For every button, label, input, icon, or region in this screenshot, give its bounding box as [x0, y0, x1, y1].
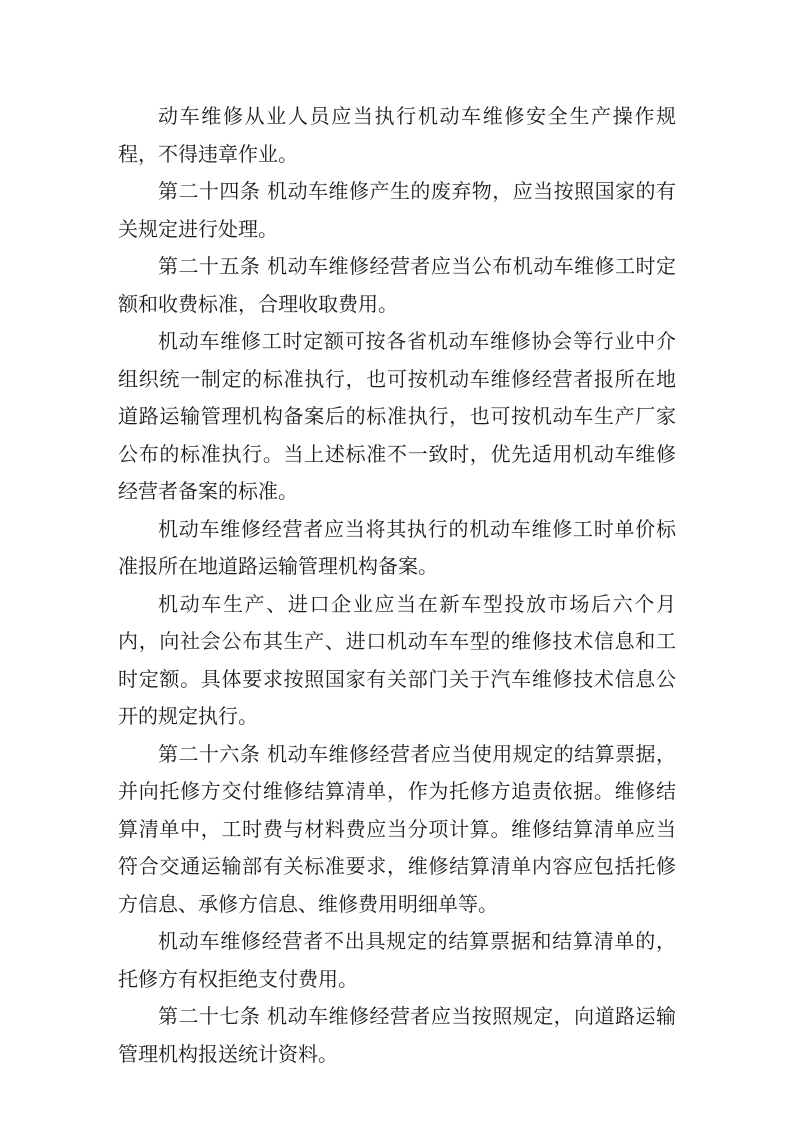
paragraph-article-26: 第二十六条 机动车维修经营者应当使用规定的结算票据，并向托修方交付维修结算清单，…: [118, 736, 676, 924]
paragraph-manufacturer-disclosure: 机动车生产、进口企业应当在新车型投放市场后六个月内，向社会公布其生产、进口机动车…: [118, 586, 676, 736]
paragraph-refuse-payment: 机动车维修经营者不出具规定的结算票据和结算清单的，托修方有权拒绝支付费用。: [118, 923, 676, 998]
paragraph-article-24: 第二十四条 机动车维修产生的废弃物，应当按照国家的有关规定进行处理。: [118, 173, 676, 248]
paragraph-labor-hour-quota: 机动车维修工时定额可按各省机动车维修协会等行业中介组织统一制定的标准执行，也可按…: [118, 323, 676, 511]
paragraph-unit-price-filing: 机动车维修经营者应当将其执行的机动车维修工时单价标准报所在地道路运输管理机构备案…: [118, 511, 676, 586]
paragraph-article-27: 第二十七条 机动车维修经营者应当按照规定，向道路运输管理机构报送统计资料。: [118, 998, 676, 1073]
paragraph-1: 动车维修从业人员应当执行机动车维修安全生产操作规程，不得违章作业。: [118, 98, 676, 173]
document-page: 动车维修从业人员应当执行机动车维修安全生产操作规程，不得违章作业。 第二十四条 …: [118, 98, 676, 1073]
paragraph-article-25: 第二十五条 机动车维修经营者应当公布机动车维修工时定额和收费标准，合理收取费用。: [118, 248, 676, 323]
